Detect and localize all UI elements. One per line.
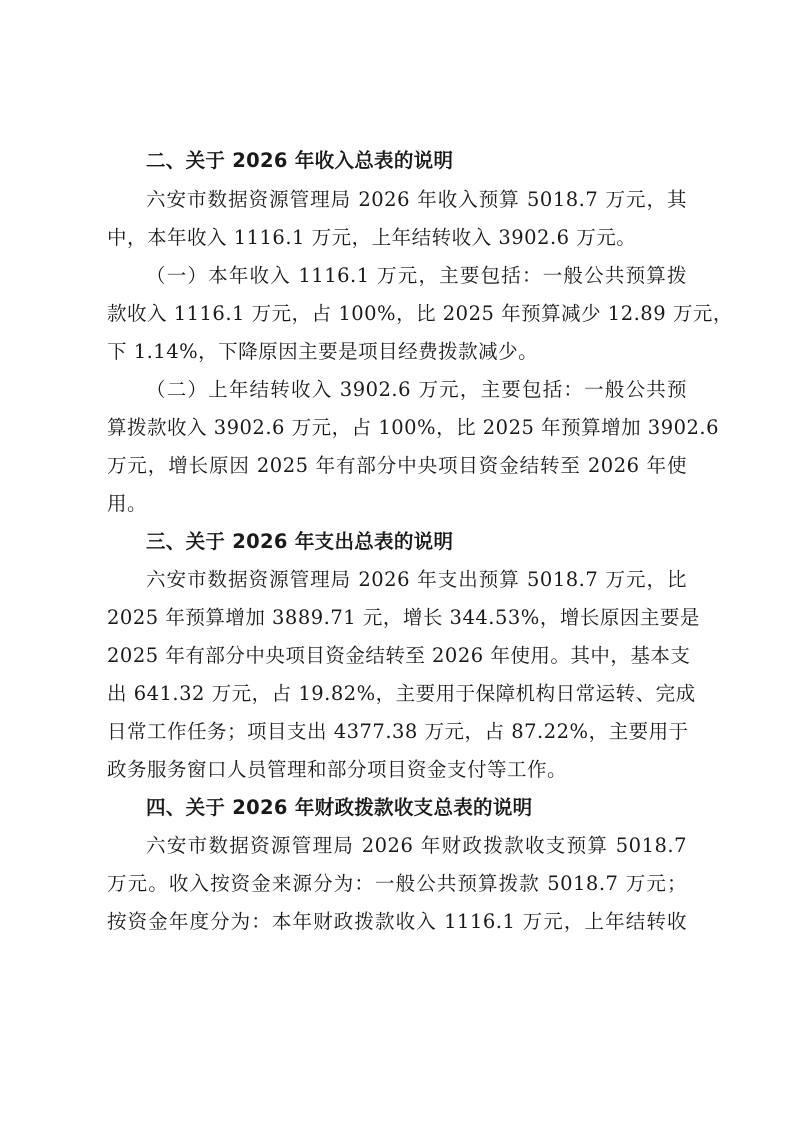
paragraph-line: 按资金年度分为：本年财政拨款收入 1116.1 万元，上年结转收	[107, 907, 687, 937]
paragraph-line: 算拨款收入 3902.6 万元，占 100%，比 2025 年预算增加 3902…	[107, 413, 687, 443]
paragraph-line: （一）本年收入 1116.1 万元，主要包括：一般公共预算拨	[146, 261, 687, 291]
paragraph-line: 2025 年有部分中央项目资金结转至 2026 年使用。其中，基本支	[107, 641, 687, 671]
paragraph-line: 六安市数据资源管理局 2026 年财政拨款收支预算 5018.7	[146, 831, 687, 861]
paragraph-line: 六安市数据资源管理局 2026 年支出预算 5018.7 万元，比	[146, 565, 687, 595]
section-heading-income-summary: 二、关于 2026 年收入总表的说明	[146, 146, 453, 176]
paragraph-line: （二）上年结转收入 3902.6 万元，主要包括：一般公共预	[146, 375, 687, 405]
section-heading-expenditure-summary: 三、关于 2026 年支出总表的说明	[146, 527, 453, 557]
section-heading-fiscal-appropriation-summary: 四、关于 2026 年财政拨款收支总表的说明	[146, 793, 532, 823]
paragraph-line: 万元，增长原因 2025 年有部分中央项目资金结转至 2026 年使	[107, 451, 687, 481]
paragraph-line: 政务服务窗口人员管理和部分项目资金支付等工作。	[107, 755, 687, 785]
paragraph-line: 万元。收入按资金来源分为：一般公共预算拨款 5018.7 万元；	[107, 869, 687, 899]
paragraph-line: 用。	[107, 489, 687, 519]
paragraph-line: 日常工作任务；项目支出 4377.38 万元，占 87.22%，主要用于	[107, 717, 687, 747]
paragraph-line: 中，本年收入 1116.1 万元，上年结转收入 3902.6 万元。	[107, 223, 687, 253]
paragraph-line: 2025 年预算增加 3889.71 元，增长 344.53%，增长原因主要是	[107, 603, 687, 633]
paragraph-line: 六安市数据资源管理局 2026 年收入预算 5018.7 万元，其	[146, 185, 687, 215]
document-page: 二、关于 2026 年收入总表的说明 六安市数据资源管理局 2026 年收入预算…	[0, 0, 793, 1122]
paragraph-line: 出 641.32 万元，占 19.82%，主要用于保障机构日常运转、完成	[107, 679, 687, 709]
paragraph-line: 款收入 1116.1 万元，占 100%，比 2025 年预算减少 12.89 …	[107, 299, 687, 329]
paragraph-line: 下 1.14%，下降原因主要是项目经费拨款减少。	[107, 337, 687, 367]
